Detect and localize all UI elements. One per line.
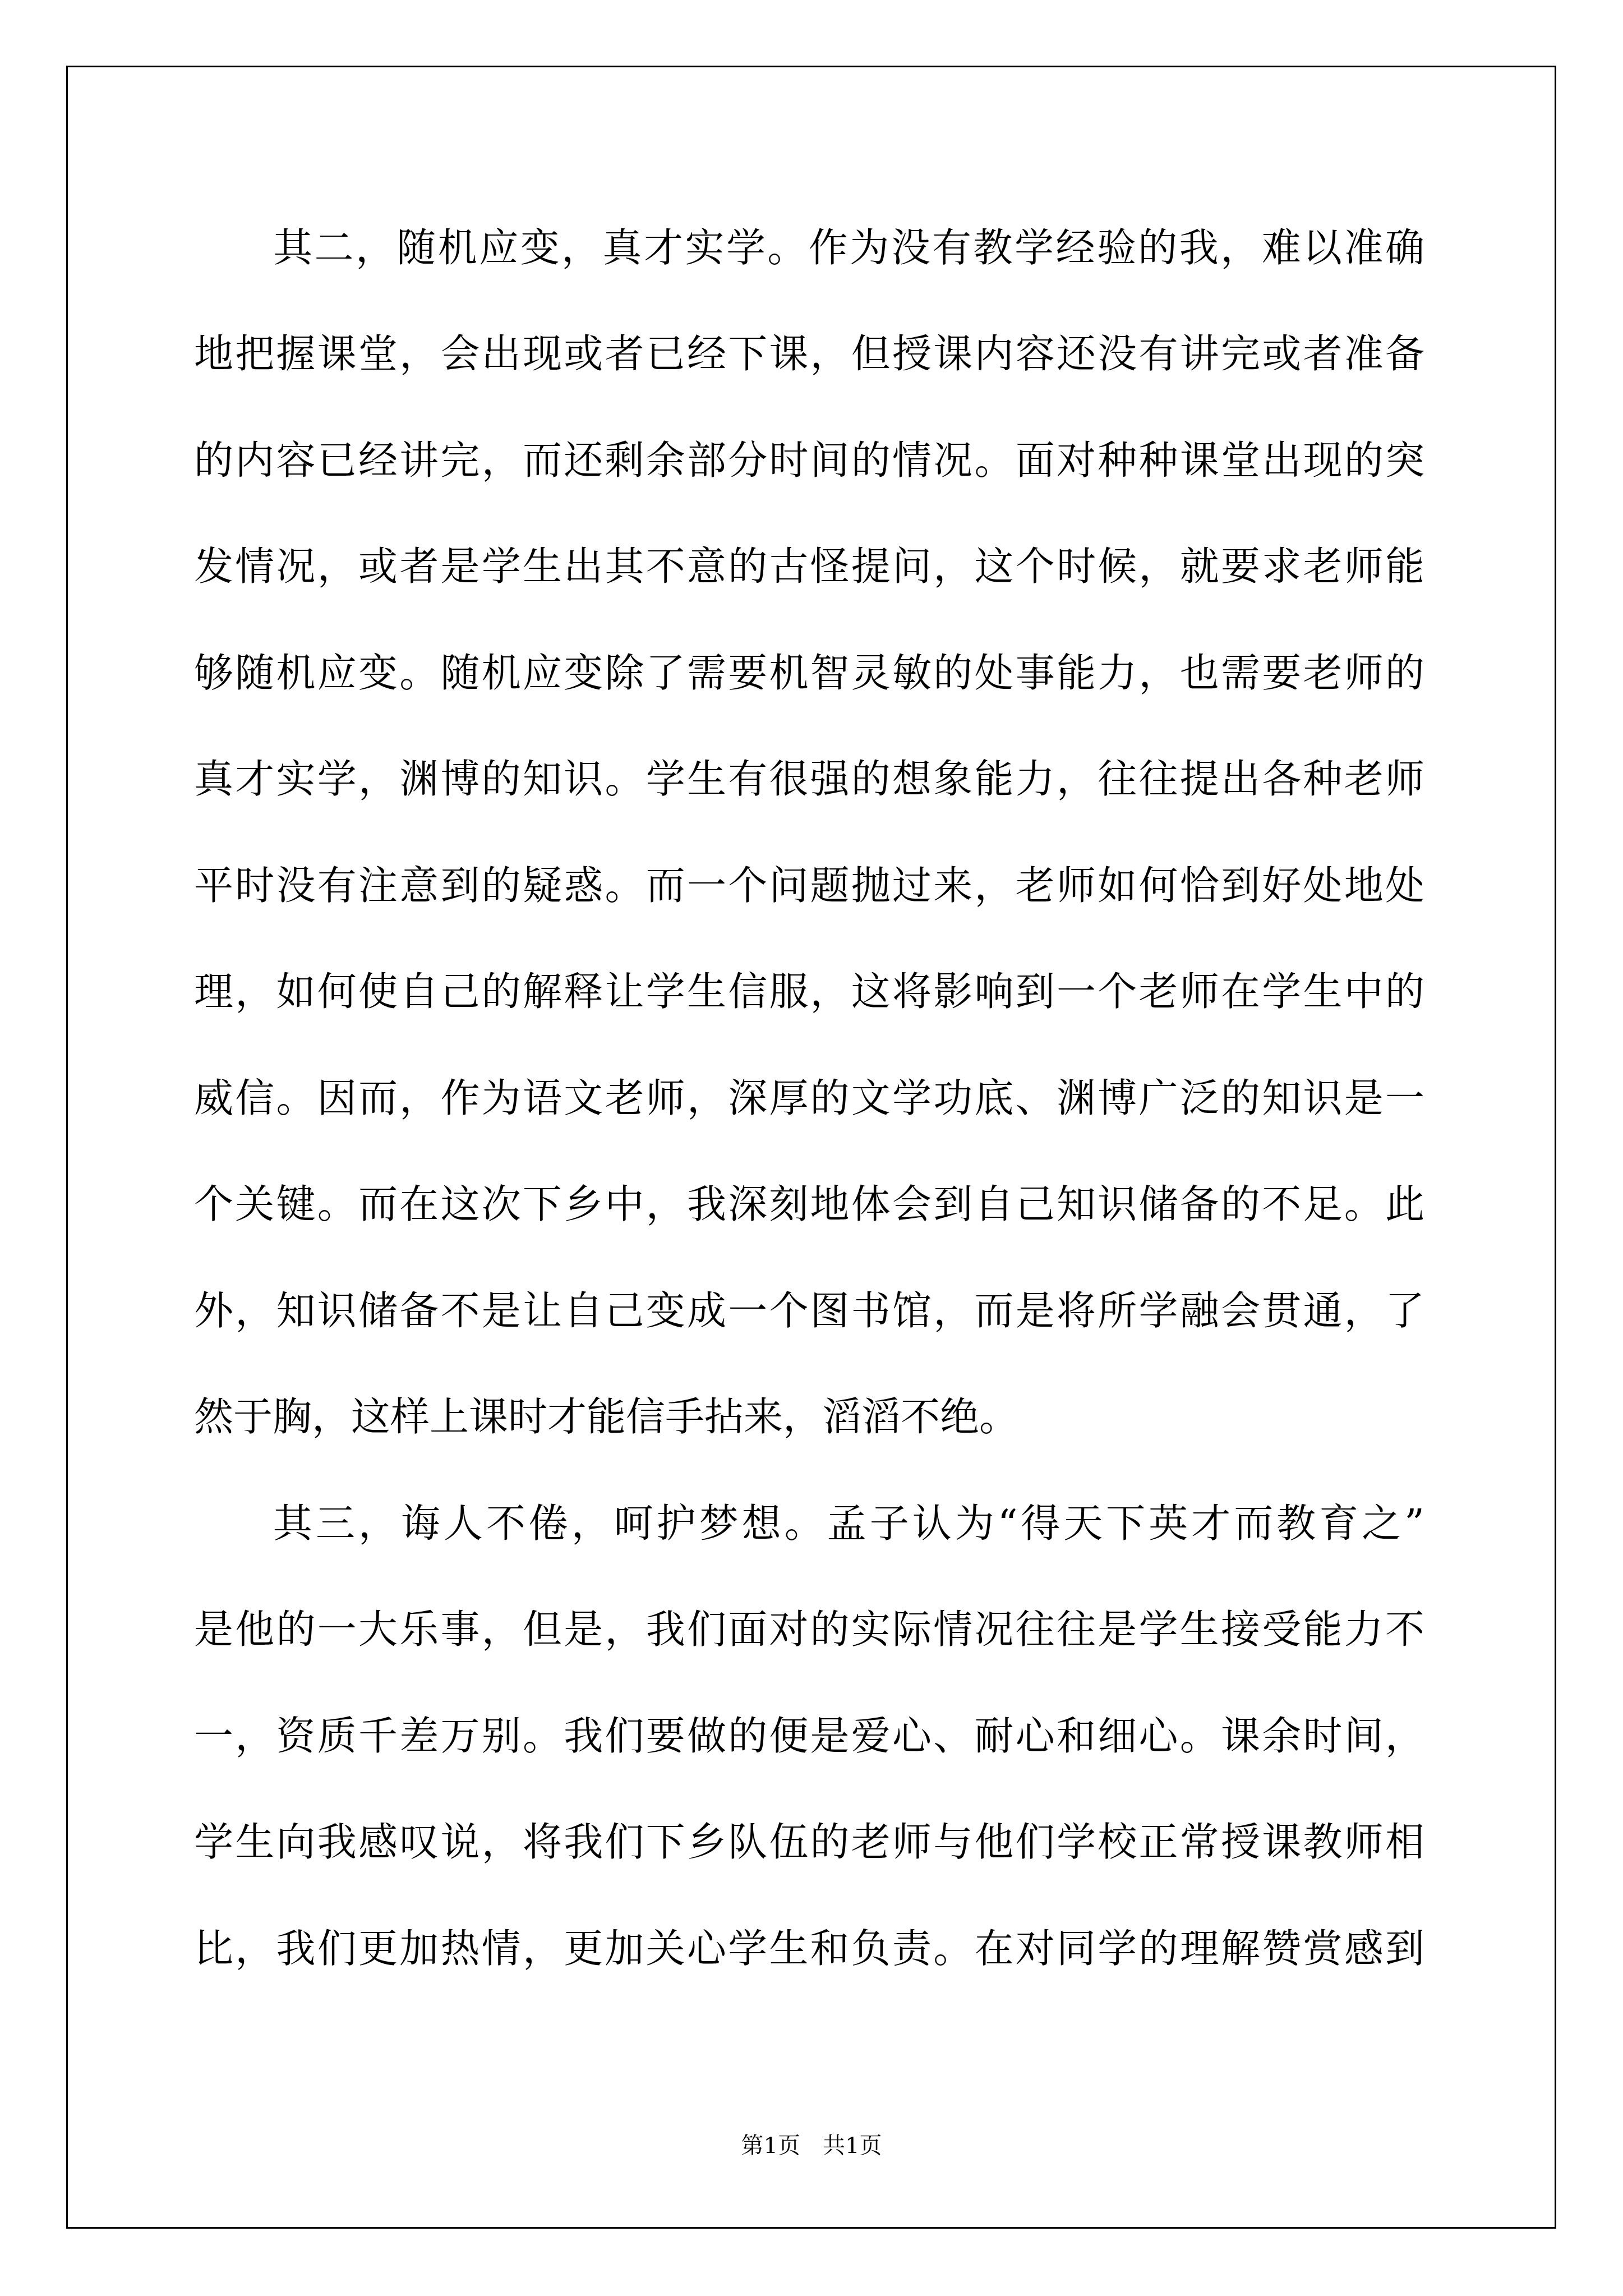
- paragraph-1-line-10: 个关键。而在这次下乡中，我深刻地体会到自己知识储备的不足。此: [194, 1182, 1424, 1227]
- paragraph-1-line-12: 然于胸，这样上课时才能信手拈来，滔滔不绝。: [194, 1395, 1424, 1439]
- paragraph-1-line-1: 其二，随机应变，真才实学。作为没有教学经验的我，难以准确: [194, 226, 1424, 270]
- paragraph-2-line-5: 比，我们更加热情，更加关心学生和负责。在对同学的理解赞赏感到: [194, 1926, 1424, 1971]
- paragraph-1-line-8: 理，如何使自己的解释让学生信服，这将影响到一个老师在学生中的: [194, 969, 1424, 1014]
- paragraph-2-line-4: 学生向我感叹说，将我们下乡队伍的老师与他们学校正常授课教师相: [194, 1820, 1424, 1865]
- paragraph-1-line-2: 地把握课堂，会出现或者已经下课，但授课内容还没有讲完或者准备: [194, 332, 1424, 376]
- paragraph-2-line-1: 其三，诲人不倦，呵护梦想。孟子认为“得天下英才而教育之”: [194, 1501, 1424, 1546]
- paragraph-1-line-6: 真才实学，渊博的知识。学生有很强的想象能力，往往提出各种老师: [194, 757, 1424, 802]
- page-border: [66, 66, 1556, 2229]
- paragraph-1-line-11: 外，知识储备不是让自己变成一个图书馆，而是将所学融会贯通，了: [194, 1289, 1424, 1333]
- paragraph-1-line-9: 威信。因而，作为语文老师，深厚的文学功底、渊博广泛的知识是一: [194, 1076, 1424, 1121]
- paragraph-2-line-3: 一，资质千差万别。我们要做的便是爱心、耐心和细心。课余时间，: [194, 1714, 1424, 1759]
- paragraph-1-line-3: 的内容已经讲完，而还剩余部分时间的情况。面对种种课堂出现的突: [194, 438, 1424, 483]
- paragraph-2-line-2: 是他的一大乐事，但是，我们面对的实际情况往往是学生接受能力不: [194, 1607, 1424, 1652]
- paragraph-1-line-7: 平时没有注意到的疑惑。而一个问题抛过来，老师如何恰到好处地处: [194, 863, 1424, 908]
- paragraph-1-line-4: 发情况，或者是学生出其不意的古怪提问，这个时候，就要求老师能: [194, 544, 1424, 589]
- page-number-footer: 第1页 共1页: [0, 2132, 1623, 2160]
- paragraph-1-line-5: 够随机应变。随机应变除了需要机智灵敏的处事能力，也需要老师的: [194, 651, 1424, 696]
